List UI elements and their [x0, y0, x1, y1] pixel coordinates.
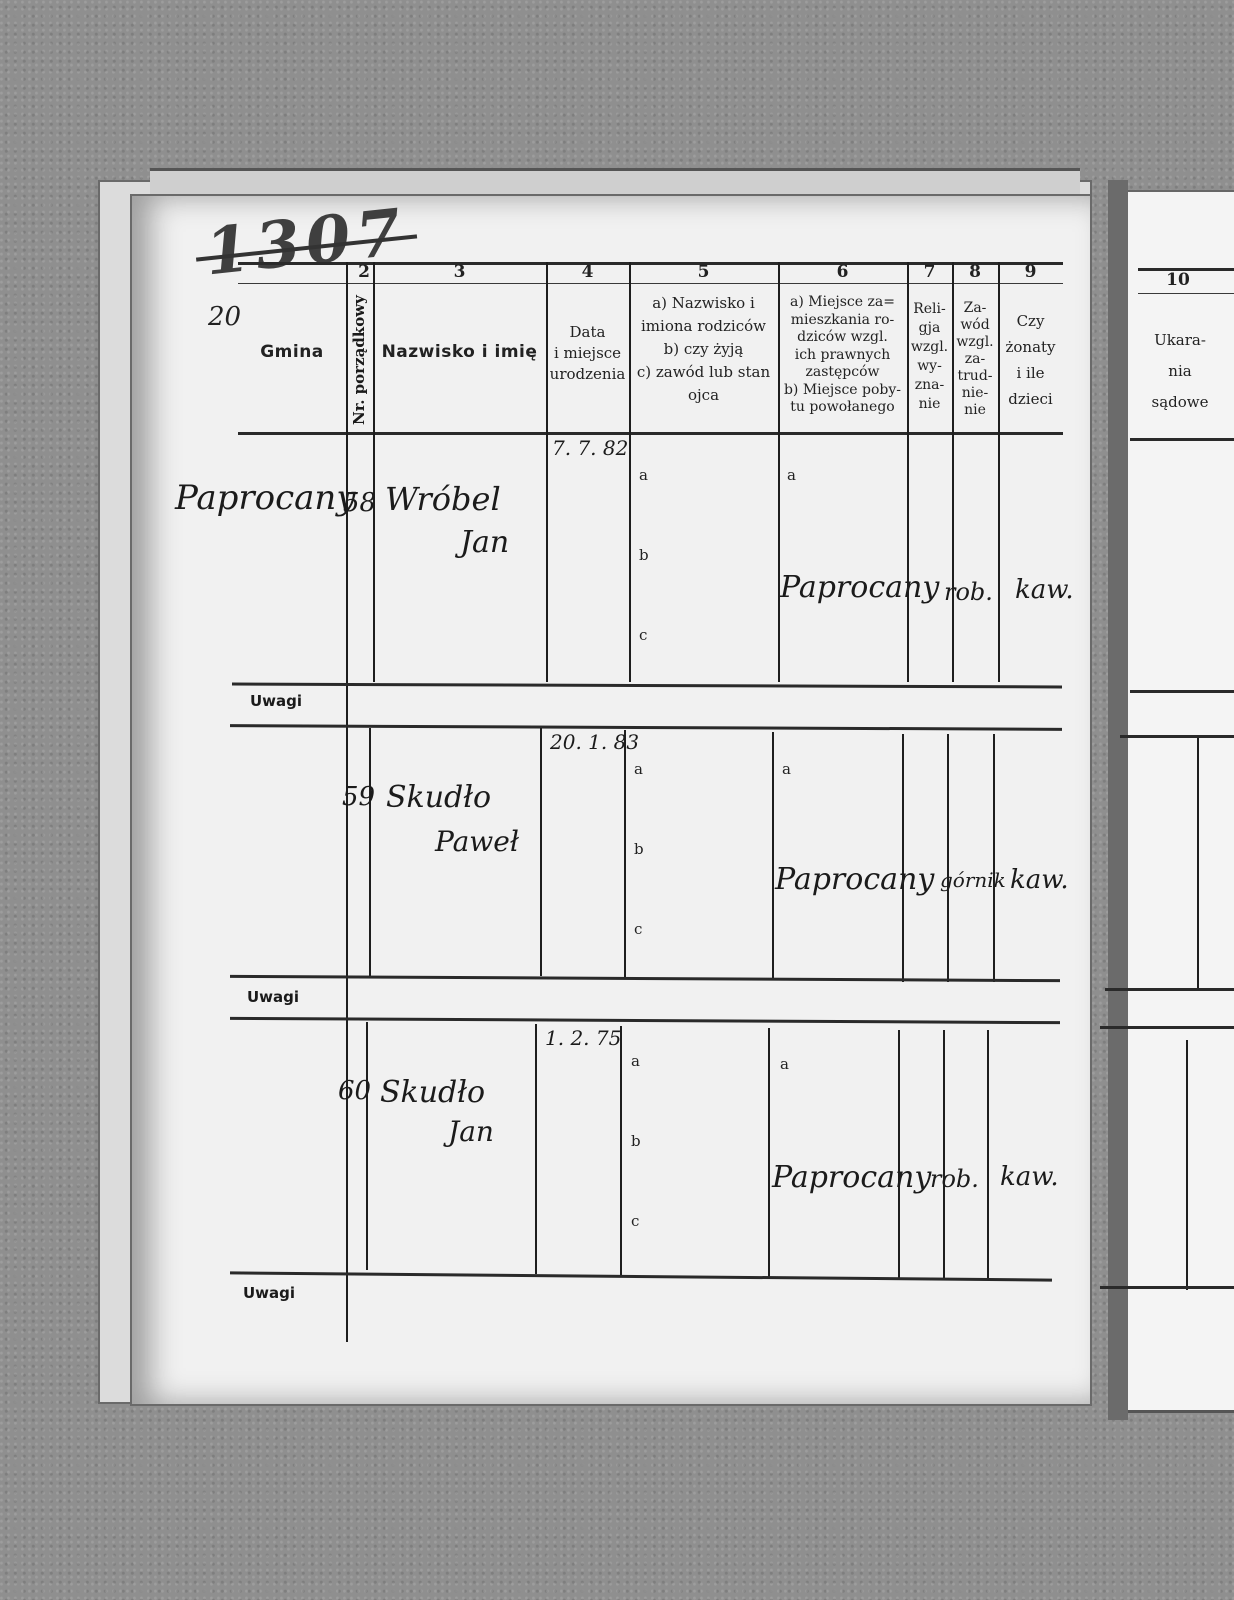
- book-spine: [1108, 180, 1128, 1420]
- header-col9: Czy żonaty i ile dzieci: [998, 308, 1063, 412]
- col-num-10: 10: [1140, 270, 1216, 290]
- sub-label-a: a: [634, 760, 643, 778]
- col-divider-7: [943, 1030, 945, 1280]
- header-line: nia: [1135, 356, 1225, 387]
- entry-given-name: Jan: [460, 525, 509, 560]
- entry-residence: Paprocany: [772, 1160, 931, 1195]
- right-col-divider: [1186, 1040, 1188, 1290]
- sub-label-a: a: [639, 466, 648, 484]
- entry-residence: Paprocany: [780, 570, 939, 605]
- header-col7: Reli- gja wzgl. wy- zna- nie: [907, 300, 952, 414]
- entry-gmina: Paprocany: [175, 478, 356, 518]
- header-col10: Ukara- nia sądowe: [1135, 325, 1225, 418]
- right-entry-bottom-rule: [1105, 988, 1234, 991]
- entry-residence: Paprocany: [775, 862, 934, 897]
- header-line: mieszkania ro-: [778, 312, 907, 330]
- col-num-9: 9: [998, 262, 1063, 282]
- right-remarks-bottom-rule: [1120, 735, 1234, 738]
- col-divider-5: [772, 732, 774, 980]
- header-line: trud-: [952, 368, 998, 385]
- header-line: c) zawód lub stan: [629, 361, 778, 384]
- right-entry-bottom-rule: [1130, 690, 1234, 693]
- col-divider-nr: [369, 728, 371, 976]
- header-line: nie: [952, 402, 998, 419]
- header-line: Czy: [998, 308, 1063, 334]
- header-col5: a) Nazwisko i imiona rodziców b) czy żyj…: [629, 292, 778, 407]
- remarks-label: Uwagi: [243, 1284, 295, 1302]
- header-col6: a) Miejsce za= mieszkania ro- dziców wzg…: [778, 294, 907, 417]
- header-col8: Za- wód wzgl. za- trud- nie- nie: [952, 300, 998, 419]
- header-line: Data: [546, 322, 629, 343]
- remarks-label: Uwagi: [247, 988, 299, 1006]
- header-line: wód: [952, 317, 998, 334]
- header-nazwisko-imie: Nazwisko i imię: [373, 343, 546, 361]
- header-line: za-: [952, 351, 998, 368]
- col-divider-3: [535, 1024, 537, 1274]
- entry-surname: Wróbel: [385, 480, 501, 518]
- header-line: wy-: [907, 357, 952, 376]
- header-line: i miejsce: [546, 343, 629, 364]
- header-line: tu powołanego: [778, 399, 907, 417]
- header-line: żonaty: [998, 334, 1063, 360]
- header-bottom-rule: [238, 432, 1063, 435]
- header-line: Za-: [952, 300, 998, 317]
- entry-birth-date: 7. 7. 82: [552, 436, 628, 460]
- header-line: wzgl.: [952, 334, 998, 351]
- sub-label-c: c: [631, 1212, 639, 1230]
- header-line: ich prawnych: [778, 347, 907, 365]
- col-divider-8: [993, 734, 995, 982]
- header-line: zastępców: [778, 364, 907, 382]
- right-remarks-bottom-rule: [1100, 1026, 1234, 1029]
- header-gmina: Gmina: [238, 343, 346, 361]
- sub-label-b: b: [639, 546, 649, 564]
- entry-birth-date: 1. 2. 75: [545, 1026, 621, 1050]
- right-col-divider: [1197, 738, 1199, 988]
- col-divider-7: [947, 734, 949, 982]
- right-header-number-rule: [1138, 293, 1234, 294]
- page-number: 20: [208, 302, 241, 332]
- col-num-3: 3: [373, 262, 546, 282]
- header-nr-porzadkowy: Nr. porządkowy: [350, 295, 368, 425]
- sub-label-c: c: [639, 626, 647, 644]
- sub-label-a: a: [780, 1055, 789, 1073]
- col-num-2: 2: [355, 262, 373, 282]
- col-divider-8: [987, 1030, 989, 1280]
- entry-married: kaw.: [1000, 1162, 1059, 1192]
- header-line: nie-: [952, 385, 998, 402]
- entry-nr: 60: [338, 1076, 371, 1106]
- col-num-6: 6: [778, 262, 907, 282]
- entry-occupation: rob.: [930, 1165, 979, 1193]
- col-divider-5: [768, 1028, 770, 1278]
- remarks-label: Uwagi: [250, 692, 302, 710]
- col-num-8: 8: [952, 262, 998, 282]
- entry-given-name: Paweł: [435, 825, 519, 858]
- header-line: imiona rodziców: [629, 315, 778, 338]
- entry-occupation: górnik: [940, 868, 1006, 892]
- header-line: urodzenia: [546, 364, 629, 385]
- right-entry-bottom-rule: [1100, 1286, 1234, 1289]
- right-header-bottom-rule: [1130, 438, 1234, 441]
- sub-label-c: c: [634, 920, 642, 938]
- header-line: sądowe: [1135, 387, 1225, 418]
- col-divider-3: [540, 728, 542, 976]
- header-number-rule: [238, 283, 1063, 284]
- sub-label-a: a: [782, 760, 791, 778]
- col-num-7: 7: [907, 262, 952, 282]
- col-divider-nr: [366, 1022, 368, 1270]
- header-line: dziców wzgl.: [778, 329, 907, 347]
- header-line: dzieci: [998, 386, 1063, 412]
- sub-label-b: b: [631, 1132, 641, 1150]
- header-line: zna-: [907, 376, 952, 395]
- header-line: gja: [907, 319, 952, 338]
- entry-birth-date: 20. 1. 83: [550, 730, 639, 754]
- entry-occupation: rob.: [944, 578, 993, 606]
- header-line: Ukara-: [1135, 325, 1225, 356]
- entry-nr: 59: [342, 782, 375, 812]
- header-line: i ile: [998, 360, 1063, 386]
- header-line: a) Nazwisko i: [629, 292, 778, 315]
- col-divider-nr: [373, 262, 375, 682]
- entry-married: kaw.: [1010, 865, 1069, 895]
- col-num-5: 5: [629, 262, 778, 282]
- sub-label-a: a: [787, 466, 796, 484]
- header-line: ojca: [629, 384, 778, 407]
- col-divider-6: [898, 1030, 900, 1280]
- col-divider-6: [902, 734, 904, 982]
- entry-nr: 58: [343, 488, 376, 518]
- col-divider-4: [620, 1026, 622, 1276]
- header-line: nie: [907, 395, 952, 414]
- entry-surname: Skudło: [386, 780, 491, 815]
- entry-married: kaw.: [1015, 575, 1074, 605]
- header-line: a) Miejsce za=: [778, 294, 907, 312]
- header-line: b) Miejsce poby-: [778, 382, 907, 400]
- entry-surname: Skudło: [380, 1075, 485, 1110]
- header-col4: Data i miejsce urodzenia: [546, 322, 629, 385]
- col-divider-4: [624, 730, 626, 978]
- entry-given-name: Jan: [448, 1115, 494, 1148]
- col-num-4: 4: [546, 262, 629, 282]
- sub-label-b: b: [634, 840, 644, 858]
- header-line: b) czy żyją: [629, 338, 778, 361]
- header-line: wzgl.: [907, 338, 952, 357]
- header-line: Reli-: [907, 300, 952, 319]
- sub-label-a: a: [631, 1052, 640, 1070]
